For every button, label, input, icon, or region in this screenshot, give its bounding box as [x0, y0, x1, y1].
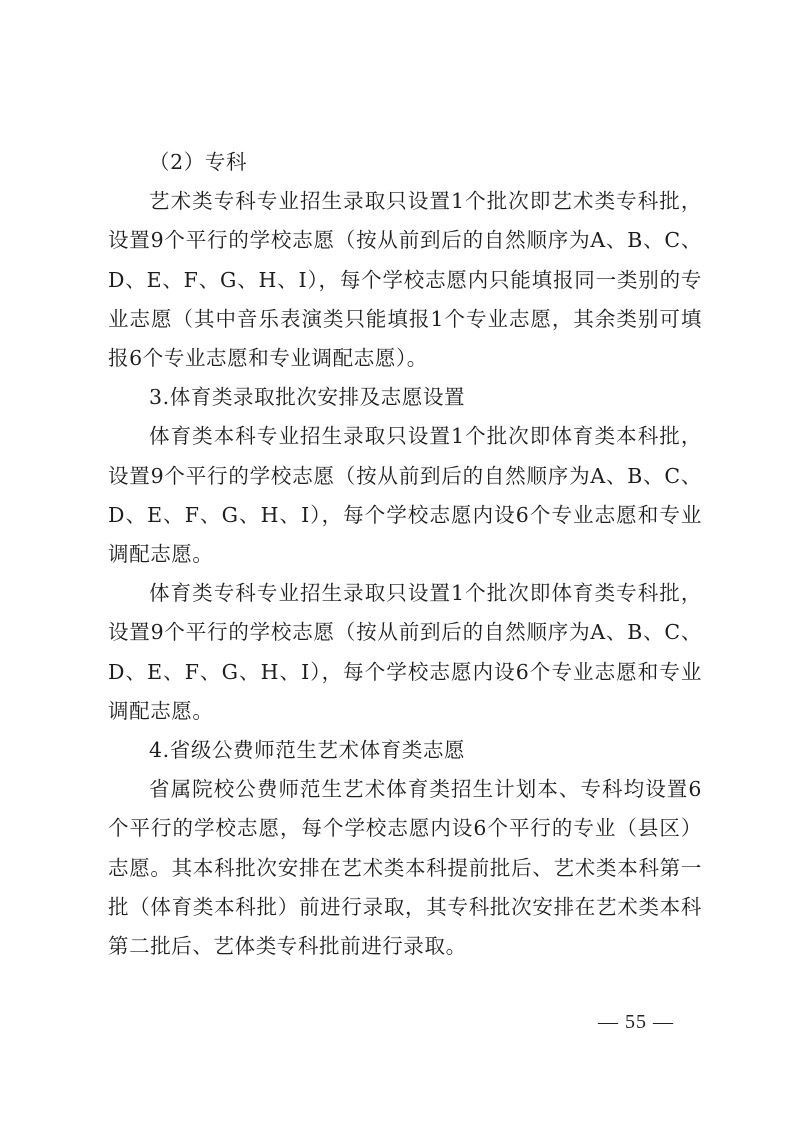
- paragraph-art-zhuanke: 艺术类专科专业招生录取只设置1个批次即艺术类专科批，设置9个平行的学校志愿（按从…: [108, 182, 702, 378]
- paragraph-public-normal-students: 省属院校公费师范生艺术体育类招生计划本、专科均设置6个平行的学校志愿，每个学校志…: [108, 770, 702, 966]
- page-number: — 55 —: [598, 1011, 674, 1034]
- section-heading-zhuanke: （2）专科: [108, 143, 702, 182]
- paragraph-sports-benke: 体育类本科专业招生录取只设置1个批次即体育类本科批，设置9个平行的学校志愿（按从…: [108, 417, 702, 574]
- document-page-body: （2）专科 艺术类专科专业招生录取只设置1个批次即艺术类专科批，设置9个平行的学…: [108, 143, 702, 966]
- paragraph-sports-zhuanke: 体育类专科专业招生录取只设置1个批次即体育类专科批，设置9个平行的学校志愿（按从…: [108, 574, 702, 731]
- section-heading-public-normal-students: 4.省级公费师范生艺术体育类志愿: [108, 731, 702, 770]
- section-heading-sports-batches: 3.体育类录取批次安排及志愿设置: [108, 378, 702, 417]
